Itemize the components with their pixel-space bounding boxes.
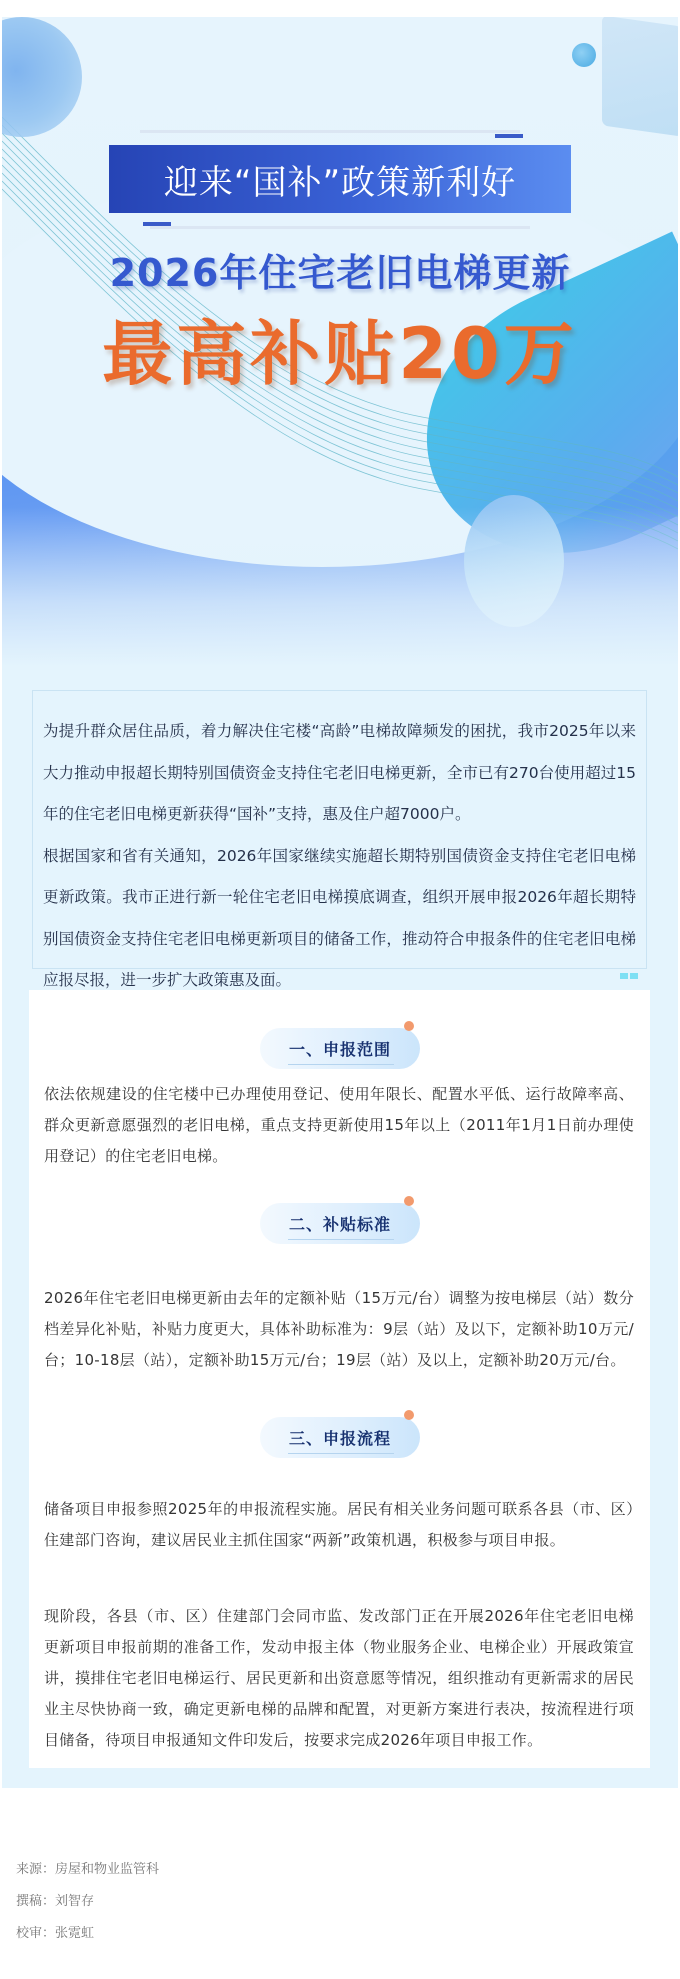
headline-banner: 迎来“国补”政策新利好	[109, 145, 571, 213]
section-heading: 三、申报流程	[289, 1426, 391, 1449]
badge-underline	[288, 1064, 394, 1065]
badge-underline	[288, 1453, 394, 1454]
headline-banner-text: 迎来“国补”政策新利好	[164, 155, 516, 204]
section-paragraph: 现阶段，各县（市、区）住建部门会同市监、发改部门正在开展2026年住宅老旧电梯更…	[44, 1601, 634, 1756]
badge-dot-icon	[404, 1410, 414, 1420]
section-heading: 二、补贴标准	[289, 1212, 391, 1235]
hero-fade	[2, 507, 678, 667]
intro-paragraph: 根据国家和省有关通知，2026年国家继续实施超长期特别国债资金支持住宅老旧电梯更…	[43, 836, 636, 1002]
section-paragraph: 储备项目申报参照2025年的申报流程实施。居民有相关业务问题可联系各县（市、区）…	[44, 1494, 634, 1556]
section-heading-badge: 一、申报范围	[260, 1028, 420, 1069]
credit-reviewer: 校审：张霓虹	[16, 1918, 159, 1950]
banner-rule-top	[140, 130, 520, 133]
section-paragraph: 依法依规建设的住宅楼中已办理使用登记、使用年限长、配置水平低、运行故障率高、群众…	[44, 1079, 634, 1172]
intro-box: 为提升群众居住品质，着力解决住宅楼“高龄”电梯故障频发的困扰，我市2025年以来…	[32, 690, 647, 969]
banner-accent-top	[495, 134, 523, 138]
badge-underline	[288, 1239, 394, 1240]
credit-source: 来源：房屋和物业监管科	[16, 1854, 159, 1886]
article-credits: 来源：房屋和物业监管科 撰稿：刘智存 校审：张霓虹	[16, 1854, 159, 1950]
corner-squares-decoration	[620, 973, 638, 979]
intro-paragraph: 为提升群众居住品质，着力解决住宅楼“高龄”电梯故障频发的困扰，我市2025年以来…	[43, 711, 636, 836]
main-title: 2026年住宅老旧电梯更新	[0, 242, 680, 297]
credit-author: 撰稿：刘智存	[16, 1886, 159, 1918]
badge-dot-icon	[404, 1021, 414, 1031]
badge-dot-icon	[404, 1196, 414, 1206]
section-heading-badge: 二、补贴标准	[260, 1203, 420, 1244]
banner-rule-bottom	[150, 226, 530, 229]
orb-small-decoration	[572, 43, 596, 67]
content-card: 一、申报范围 依法依规建设的住宅楼中已办理使用登记、使用年限长、配置水平低、运行…	[29, 990, 650, 1768]
section-paragraph: 2026年住宅老旧电梯更新由去年的定额补贴（15万元/台）调整为按电梯层（站）数…	[44, 1283, 634, 1376]
subsidy-title: 最高补贴20万	[0, 298, 680, 399]
glass-cube-decoration	[602, 17, 678, 137]
section-heading-badge: 三、申报流程	[260, 1417, 420, 1458]
section-heading: 一、申报范围	[289, 1037, 391, 1060]
